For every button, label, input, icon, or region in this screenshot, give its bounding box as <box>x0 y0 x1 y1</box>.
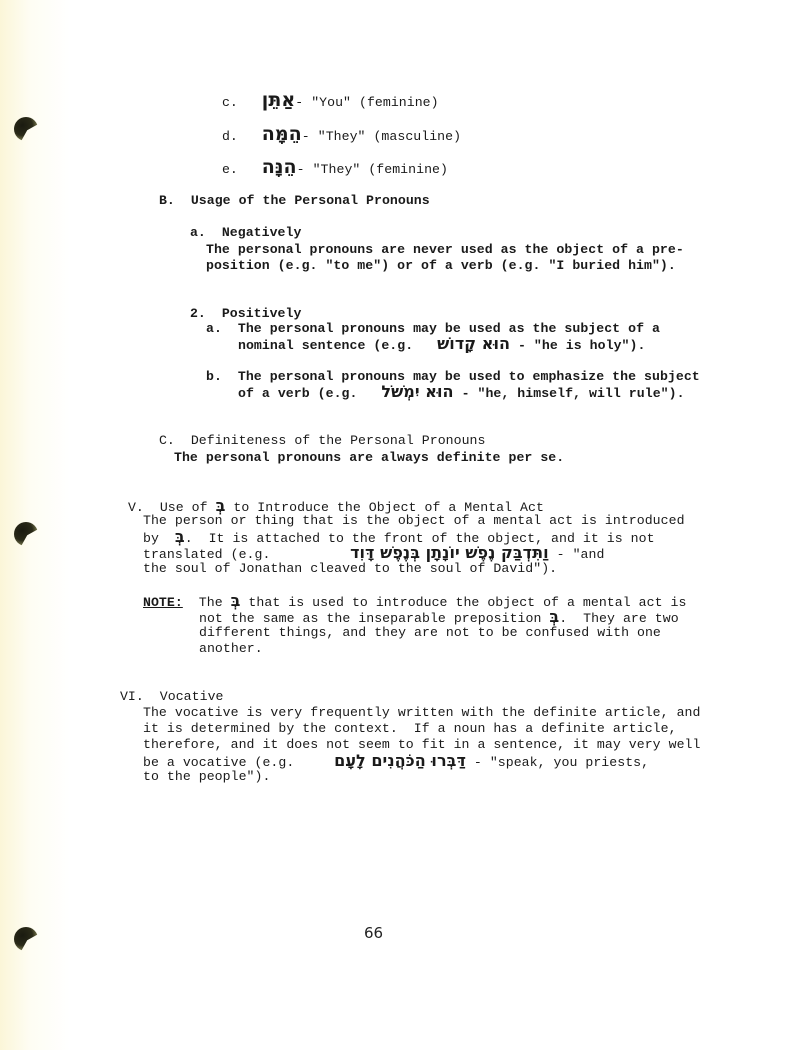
paragraph-line: The person or thing that is the object o… <box>143 513 685 529</box>
paragraph-text: - "and <box>557 547 605 562</box>
paragraph-text: - "he is holy"). <box>518 338 645 353</box>
paragraph-line: position (e.g. "to me") or of a verb (e.… <box>206 258 676 274</box>
hebrew-example: הוּא יִמְשֹׁל <box>381 384 453 400</box>
paragraph-text: - "speak, you priests, <box>474 755 649 770</box>
subsection-positively-heading: 2. Positively <box>174 290 301 322</box>
hole-punch <box>14 522 38 546</box>
page-number: 66 <box>364 924 383 942</box>
paragraph-text: - "he, himself, will rule"). <box>462 386 685 401</box>
hebrew-letter: בְּ <box>175 529 185 545</box>
section-title: Vocative <box>160 689 224 704</box>
subsection-label: a. <box>190 225 206 240</box>
positive-item-a-line2: nominal sentence (e.g. הוּא קָדוֹשׁ - "h… <box>238 336 645 354</box>
gloss: - "You" (feminine) <box>295 95 438 110</box>
hebrew-letter: בְּ <box>231 593 241 609</box>
section-vi-heading: VI. Vocative <box>104 673 224 705</box>
pronoun-item-e: e. הֵנָּה- "They" (feminine) <box>206 143 448 178</box>
pronoun-item-d: d. הֵמָּה- "They" (masculine) <box>206 110 461 145</box>
note-line: another. <box>199 641 263 657</box>
pronoun-item-c: c. אַתֵּן- "You" (feminine) <box>206 76 439 111</box>
section-v-heading: V. Use of בְּ to Introduce the Object of… <box>112 482 544 516</box>
item-label: b. <box>206 369 222 384</box>
subsection-title: Negatively <box>222 225 302 240</box>
hebrew-word: הֵנָּה <box>262 159 297 175</box>
note-text: The <box>199 595 223 610</box>
paragraph-line: The personal pronouns are never used as … <box>206 242 684 258</box>
paragraph-text: of a verb (e.g. <box>238 386 357 401</box>
section-label: C. <box>159 433 175 448</box>
note-line: different things, and they are not to be… <box>199 625 661 641</box>
paragraph-line: The personal pronouns are always definit… <box>174 450 564 466</box>
hebrew-word: אַתֵּן <box>262 92 295 108</box>
paragraph-line: to the people"). <box>143 769 270 785</box>
hole-punch <box>14 117 38 141</box>
hebrew-example: וַתִּדְבַּק נֶפֶשׁ יוֹנָתָן בְּנֶפֶשׁ דָ… <box>350 545 549 561</box>
subsection-title: Positively <box>222 306 302 321</box>
hebrew-example: דַּבְּרוּ הַכֹּהֲנִים לָעָם <box>334 753 466 769</box>
paragraph-text: The personal pronouns may be used to emp… <box>238 369 700 384</box>
item-label: d. <box>222 129 238 144</box>
positive-item-a-line1: a. The personal pronouns may be used as … <box>206 321 660 337</box>
gloss: - "They" (feminine) <box>297 162 448 177</box>
paragraph-text: nominal sentence (e.g. <box>238 338 413 353</box>
paragraph-line: it is determined by the context. If a no… <box>143 721 677 737</box>
item-label: a. <box>206 321 222 336</box>
item-label: c. <box>222 95 238 110</box>
subsection-label: 2. <box>190 306 206 321</box>
paragraph-line: The vocative is very frequently written … <box>143 705 700 721</box>
section-label: V. <box>128 500 144 515</box>
paragraph-text: be a vocative (e.g. <box>143 755 294 770</box>
section-title: Definiteness of the Personal Pronouns <box>191 433 486 448</box>
hebrew-letter: בְּ <box>549 609 559 625</box>
hebrew-letter: בְּ <box>216 498 226 514</box>
paragraph-text: by <box>143 531 159 546</box>
section-label: B. <box>159 193 175 208</box>
section-title: Usage of the Personal Pronouns <box>191 193 430 208</box>
hebrew-word: הֵמָּה <box>262 126 302 142</box>
paragraph-line: the soul of Jonathan cleaved to the soul… <box>143 561 557 577</box>
subsection-negatively-heading: a. Negatively <box>174 209 301 241</box>
section-label: VI. <box>120 689 144 704</box>
item-label: e. <box>222 162 238 177</box>
note-label: NOTE: <box>143 595 183 610</box>
section-c-heading: C. Definiteness of the Personal Pronouns <box>143 417 485 449</box>
section-b-heading: B. Usage of the Personal Pronouns <box>143 177 430 209</box>
hole-punch <box>14 927 38 951</box>
note-text: that is used to introduce the object of … <box>248 595 686 610</box>
gloss: - "They" (masculine) <box>302 129 461 144</box>
positive-item-b-line2: of a verb (e.g. הוּא יִמְשֹׁל - "he, him… <box>238 384 685 402</box>
paragraph-text: translated (e.g. <box>143 547 270 562</box>
hebrew-example: הוּא קָדוֹשׁ <box>437 336 510 352</box>
note-text: . They are two <box>559 611 678 626</box>
note-text: not the same as the inseparable preposit… <box>199 611 541 626</box>
